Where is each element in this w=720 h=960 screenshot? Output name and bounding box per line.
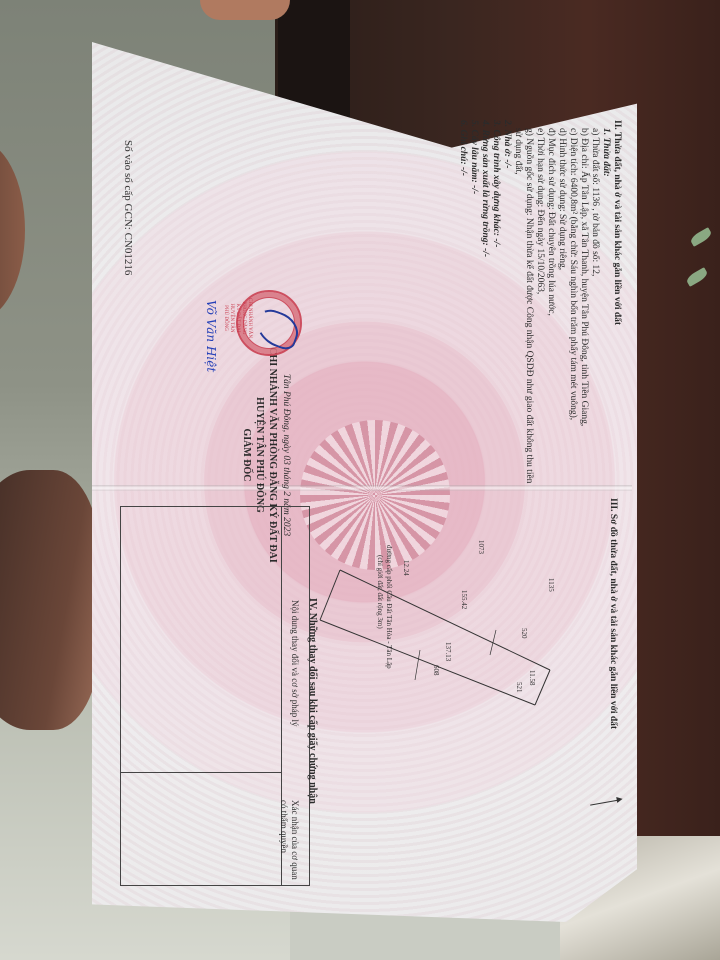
section-2-land-parcel: II. Thửa đất, nhà ở và tài sản khác gắn … [457,120,622,483]
table-header-authority-2: có thẩm quyền [279,800,289,853]
parcel-line: g) Nguồn gốc sử dụng: Nhận thừa kế đất đ… [523,120,534,483]
parcel-line: e) Thời hạn sử dụng: Đến ngày 15/10/2063… [534,120,545,483]
person-arm [0,470,100,730]
section-3-title: III. Sơ đồ thửa đất, nhà ở và tài sản kh… [608,498,618,729]
label-edge-d: 11.58 [528,670,536,686]
asset-item: 3. Công trình xây dựng khác: -/- [490,120,501,483]
label-parcel-lower: 608 [432,665,440,676]
label-edge-c: 12.24 [402,560,410,576]
label-edge-b: 137.13 [444,642,452,661]
parcel-line: đ) Mục đích sử dụng: Đất chuyên trồng lú… [545,120,556,483]
registry-number: Số vào sổ cấp GCN: CN01216 [122,140,134,275]
section-2-title: II. Thửa đất, nhà ở và tài sản khác gắn … [611,120,622,483]
table-header-authority: Xác nhận của cơ quan [290,800,300,880]
label-parcel-main: 1073 [477,540,485,554]
page-fold [92,485,632,491]
parcel-line: sử dụng đất, [512,120,523,483]
parcel-line: c) Diện tích: 6400,8m² (bằng chữ: Sáu ng… [567,120,578,483]
asset-item: 4. Rừng sản xuất là rừng trồng: -/- [479,120,490,483]
hand-fingers [200,0,290,20]
asset-item: 5. Cây lâu năm: -/- [468,120,479,483]
asset-item: 6. Ghi chú: -/- [457,120,468,483]
parcel-line: d) Hình thức sử dụng: Sử dụng riêng, [556,120,567,483]
table-header-changes: Nội dung thay đổi và cơ sở pháp lý [290,600,300,727]
label-parcel-top: 1135 [547,578,555,592]
label-parcel-right: 521 [515,682,523,693]
parcel-line: b) Địa chỉ: Ấp Tân Lập, xã Tân Thanh, hu… [578,120,589,483]
signer-name: Võ Văn Hiệt [204,300,218,372]
parcel-line: a) Thửa đất số: 1136 , tờ bản đồ số: 12, [589,120,600,483]
asset-item: 2. Nhà ở: -/- [501,120,512,483]
label-road: đường cấp phối Cầu Đất Tân Hòa - Tân Lập [385,545,393,669]
section-4-title: IV. Những thay đổi sau khi cấp giấy chứn… [307,598,318,804]
section-2-subtitle: 1. Thửa đất: [600,120,611,483]
label-edge-a: 155.42 [460,590,468,609]
table-column-divider [121,772,281,773]
stamp-text: CHI NHÁNH VĂN PHÒNG ĐĂNG KÝ ĐẤT ĐAI HUYỆ… [222,298,252,338]
label-parcel-left: 520 [520,628,528,639]
parcel-diagram: 1135 521 520 1073 608 155.42 137.13 12.2… [300,530,560,730]
label-road-note: (chỉ giới đất, đất rộng 3m) [376,555,384,629]
